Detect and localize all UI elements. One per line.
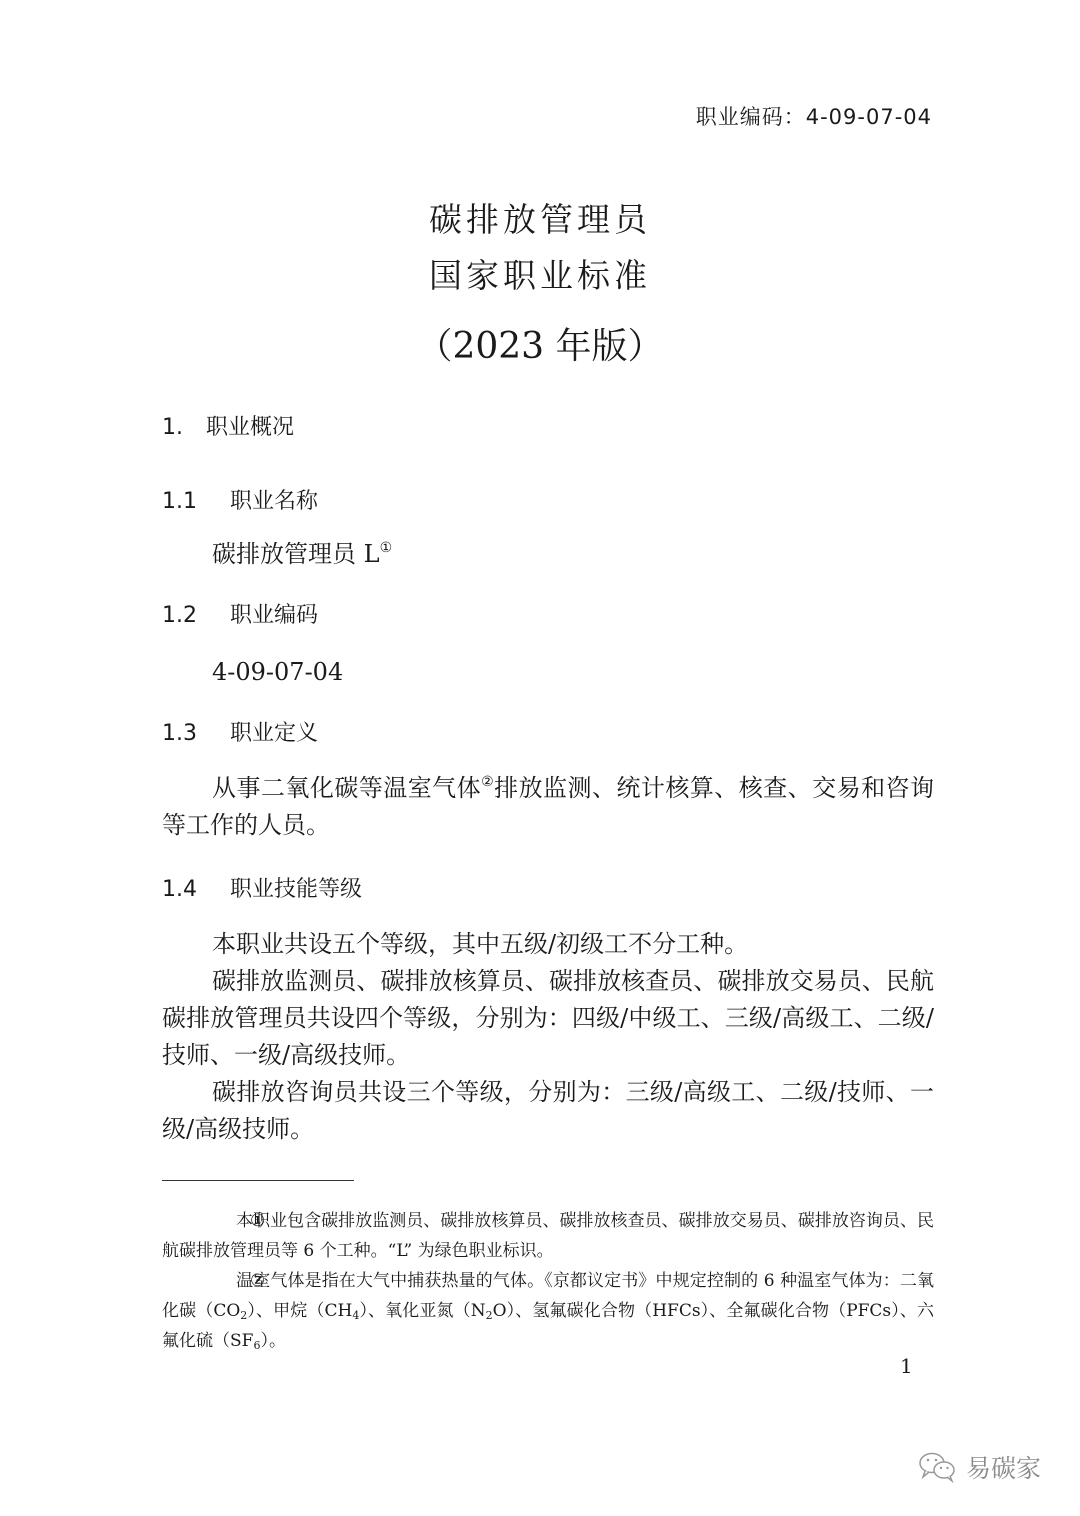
footnote-2: ②温室气体是指在大气中捕获热量的气体。《京都议定书》中规定控制的 6 种温室气体…	[162, 1266, 934, 1356]
section-number: 1.2	[162, 603, 230, 628]
document-subtitle: 国家职业标准	[0, 250, 1080, 297]
footnote-mark: ①	[206, 1206, 236, 1236]
skill-levels-paragraph: 碳排放咨询员共设三个等级，分别为：三级/高级工、二级/技师、一级/高级技师。	[162, 1074, 934, 1148]
section-number: 1.1	[162, 489, 230, 514]
skill-levels-body: 本职业共设五个等级，其中五级/初级工不分工种。 碳排放监测员、碳排放核算员、碳排…	[162, 926, 934, 1148]
footnote-text: ）。	[260, 1331, 286, 1351]
subscript: 2	[486, 1309, 493, 1322]
section-heading-1-4: 1.4职业技能等级	[162, 872, 362, 903]
footnote-1: ①本职业包含碳排放监测员、碳排放核算员、碳排放核查员、碳排放交易员、碳排放咨询员…	[162, 1206, 934, 1266]
occupation-definition: 从事二氧化碳等温室气体②排放监测、统计核算、核查、交易和咨询等工作的人员。	[162, 770, 934, 844]
section-heading-1: 1.职业概况	[162, 410, 294, 441]
section-number: 1.	[162, 415, 206, 440]
skill-levels-paragraph: 本职业共设五个等级，其中五级/初级工不分工种。	[162, 926, 934, 963]
section-number: 1.4	[162, 877, 230, 902]
section-title: 职业概况	[206, 415, 294, 440]
section-title: 职业技能等级	[230, 877, 362, 902]
document-title: 碳排放管理员	[0, 194, 1080, 241]
footnote-mark: ②	[206, 1266, 236, 1296]
edition-label: （2023 年版）	[0, 318, 1080, 369]
section-number: 1.3	[162, 721, 230, 746]
section-heading-1-2: 1.2职业编码	[162, 598, 318, 629]
skill-levels-paragraph: 碳排放监测员、碳排放核算员、碳排放核查员、碳排放交易员、民航碳排放管理员共设四个…	[162, 963, 934, 1074]
occupation-code-header: 职业编码：4-09-07-04	[696, 101, 932, 131]
footnote-ref-1[interactable]: ①	[380, 540, 393, 556]
definition-text-part1: 从事二氧化碳等温室气体	[212, 774, 481, 802]
section-title: 职业名称	[230, 489, 318, 514]
page-number: 1	[900, 1354, 913, 1378]
watermark-label: 易碳家	[966, 1449, 1041, 1485]
section-title: 职业编码	[230, 603, 318, 628]
occupation-name-text: 碳排放管理员 L	[212, 540, 380, 568]
occupation-name: 碳排放管理员 L①	[162, 536, 934, 573]
footnote-ref-2[interactable]: ②	[481, 774, 494, 790]
footnote-divider	[162, 1180, 354, 1181]
section-heading-1-1: 1.1职业名称	[162, 484, 318, 515]
footnotes: ①本职业包含碳排放监测员、碳排放核算员、碳排放核查员、碳排放交易员、碳排放咨询员…	[162, 1206, 934, 1356]
footnote-text: 本职业包含碳排放监测员、碳排放核算员、碳排放核查员、碳排放交易员、碳排放咨询员、…	[162, 1211, 934, 1261]
footnote-text: ）、氧化亚氮（N	[359, 1301, 485, 1321]
occupation-code: 4-09-07-04	[162, 654, 934, 691]
footnote-text: ）、甲烷（CH	[247, 1301, 352, 1321]
wechat-icon	[918, 1451, 958, 1483]
section-heading-1-3: 1.3职业定义	[162, 716, 318, 747]
section-title: 职业定义	[230, 721, 318, 746]
watermark: 易碳家	[918, 1449, 1041, 1485]
